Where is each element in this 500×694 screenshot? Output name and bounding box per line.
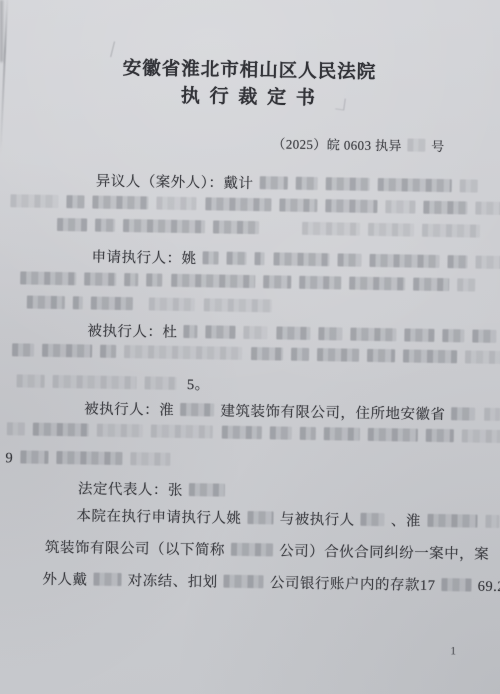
redaction-block: [213, 220, 259, 234]
redaction-block: [301, 222, 359, 236]
redacted-line: [25, 295, 274, 316]
redaction-block: [263, 275, 291, 288]
redaction-block: [227, 252, 247, 265]
redacted-line-with-fragment: 5。: [14, 370, 209, 394]
redaction-block: [17, 374, 45, 387]
redaction-block: [299, 427, 315, 440]
objector-label: 异议人（案外人）：: [96, 174, 224, 192]
redaction-block: [53, 375, 137, 389]
redaction-block: [484, 408, 500, 421]
redaction-block: [248, 511, 274, 524]
redaction-block: [385, 200, 415, 213]
redaction-block: [12, 343, 34, 356]
redaction-block: [407, 138, 425, 151]
redaction-block: [413, 278, 449, 292]
body-line-2: 筑装饰有限公司（以下简称 公司）合伙合同纠纷一案中，案: [45, 536, 490, 564]
redaction-block: [56, 451, 122, 465]
redaction-block: [124, 345, 242, 360]
redaction-block: [73, 296, 83, 309]
redaction-block: [324, 427, 360, 441]
body-text: 、淮: [391, 513, 421, 529]
redaction-block: [123, 219, 205, 233]
redaction-block: [404, 328, 434, 341]
redaction-block: [260, 176, 288, 189]
redaction-block: [95, 219, 115, 232]
body-text: 对冻结、扣划: [128, 573, 218, 590]
redaction-block: [460, 179, 478, 192]
respondent2-line: 被执行人：淮 建筑装饰有限公司，住所地安徽省: [84, 397, 500, 425]
objector-name: 戴计: [223, 176, 253, 192]
redaction-block: [317, 348, 359, 362]
redacted-line: [10, 343, 500, 368]
respondent1-fragment: 5。: [187, 377, 210, 393]
respondent2-fragment: 9: [5, 450, 13, 466]
redaction-block: [203, 251, 219, 264]
redacted-line: [8, 194, 500, 219]
redaction-block: [91, 297, 133, 311]
redaction-block: [462, 429, 500, 443]
redaction-block: [20, 450, 48, 463]
stray-pencil-mark: [335, 97, 346, 110]
legal-rep-name: 张: [168, 483, 183, 499]
redaction-block: [447, 255, 467, 268]
redaction-block: [10, 194, 58, 208]
redaction-block: [451, 407, 475, 420]
redaction-block: [423, 201, 467, 215]
respondent1-label: 被执行人：: [87, 323, 162, 340]
body-text: 本院在执行申请执行人姚: [76, 508, 241, 527]
redaction-block: [326, 177, 370, 191]
redaction-block: [7, 422, 25, 435]
applicant-line: 申请执行人：姚: [91, 246, 500, 274]
redaction-block: [367, 349, 395, 362]
redacted-line: [55, 218, 482, 242]
redaction-block: [145, 376, 177, 390]
redaction-block: [296, 177, 318, 190]
redaction-block: [318, 327, 342, 340]
redaction-block: [66, 195, 84, 208]
redaction-block: [442, 329, 464, 342]
redaction-block: [299, 276, 341, 290]
redaction-block: [244, 326, 268, 339]
document-photo: 安徽省淮北市相山区人民法院 执 行 裁 定 书 （2025）皖 0603 执异 …: [0, 0, 500, 694]
respondent1-line: 被执行人：杜: [87, 319, 500, 347]
redaction-block: [20, 271, 76, 285]
respondent2-name: 淮: [159, 403, 174, 419]
redaction-block: [149, 297, 195, 311]
case-number: （2025）皖 0603 执异 号: [272, 133, 444, 155]
redaction-block: [403, 349, 457, 363]
redaction-block: [472, 330, 496, 343]
redaction-block: [94, 573, 122, 586]
redaction-block: [349, 277, 405, 291]
redaction-block: [221, 426, 261, 440]
redaction-block: [276, 326, 310, 340]
redaction-block: [183, 325, 197, 338]
redaction-block: [93, 196, 149, 210]
redaction-block: [269, 426, 291, 439]
body-text: 与被执行人: [280, 512, 355, 529]
redacted-line: [18, 271, 477, 295]
respondent2-label: 被执行人：: [84, 401, 159, 418]
redacted-line: [5, 422, 500, 447]
redaction-block: [42, 344, 92, 358]
redaction-block: [255, 252, 265, 265]
redaction-block: [368, 428, 418, 442]
redaction-block: [206, 325, 236, 338]
redaction-block: [97, 424, 143, 438]
redaction-block: [180, 403, 214, 417]
body-text: 69.2: [478, 579, 500, 595]
redaction-block: [130, 452, 170, 466]
redaction-block: [485, 515, 499, 528]
document-content: 安徽省淮北市相山区人民法院 执 行 裁 定 书 （2025）皖 0603 执异 …: [0, 0, 500, 694]
body-text: 筑装饰有限公司（以下简称: [45, 540, 225, 559]
redaction-block: [224, 575, 264, 589]
objector-line: 异议人（案外人）：戴计: [96, 170, 481, 197]
redaction-block: [361, 513, 385, 526]
redaction-block: [475, 202, 500, 216]
page-number: 1: [450, 645, 456, 657]
redaction-block: [189, 483, 225, 497]
redaction-block: [426, 429, 454, 442]
body-line-3: 外人戴 对冻结、扣划 公司银行账户内的存款17 69.2: [42, 568, 500, 596]
redaction-block: [441, 578, 471, 591]
case-number-suffix: 号: [431, 139, 445, 154]
redaction-block: [57, 218, 87, 231]
redaction-block: [27, 296, 65, 310]
redaction-block: [465, 350, 500, 364]
redaction-block: [427, 514, 477, 528]
redaction-block: [33, 423, 89, 437]
legal-rep-label: 法定代表人：: [78, 481, 168, 498]
redaction-block: [475, 256, 500, 270]
redaction-block: [291, 348, 309, 361]
redaction-block: [100, 345, 116, 358]
legal-rep-line: 法定代表人：张: [78, 477, 227, 500]
applicant-name: 姚: [181, 251, 196, 267]
redaction-block: [369, 254, 439, 268]
body-text: 公司银行账户内的存款17: [270, 575, 436, 594]
respondent2-address: 建筑装饰有限公司，住所地安徽省: [220, 404, 445, 424]
applicant-label: 申请执行人：: [91, 250, 181, 267]
redaction-block: [171, 274, 255, 288]
redaction-block: [457, 278, 475, 291]
body-text: 公司）合伙合同纠纷一案中，案: [279, 544, 489, 563]
redaction-block: [422, 224, 480, 238]
body-line-1: 本院在执行申请执行人姚 与被执行人 、淮: [76, 504, 500, 532]
redaction-block: [325, 199, 377, 213]
redaction-block: [151, 424, 213, 438]
redaction-block: [378, 178, 452, 192]
redaction-block: [124, 273, 138, 286]
redaction-block: [337, 253, 361, 266]
redaction-block: [157, 197, 197, 211]
redaction-block: [231, 543, 273, 557]
redacted-line-with-fragment: 9: [5, 450, 172, 470]
redaction-block: [279, 198, 317, 212]
case-number-prefix: （2025）皖 0603 执异: [272, 136, 402, 153]
respondent1-name: 杜: [162, 325, 177, 341]
redaction-block: [203, 298, 271, 312]
redaction-block: [250, 347, 282, 361]
redaction-block: [205, 197, 271, 211]
redaction-block: [146, 273, 162, 286]
redaction-block: [350, 328, 396, 342]
body-text: 外人戴: [42, 572, 87, 589]
redaction-block: [84, 272, 116, 286]
redaction-block: [368, 223, 414, 237]
redaction-block: [273, 252, 329, 266]
